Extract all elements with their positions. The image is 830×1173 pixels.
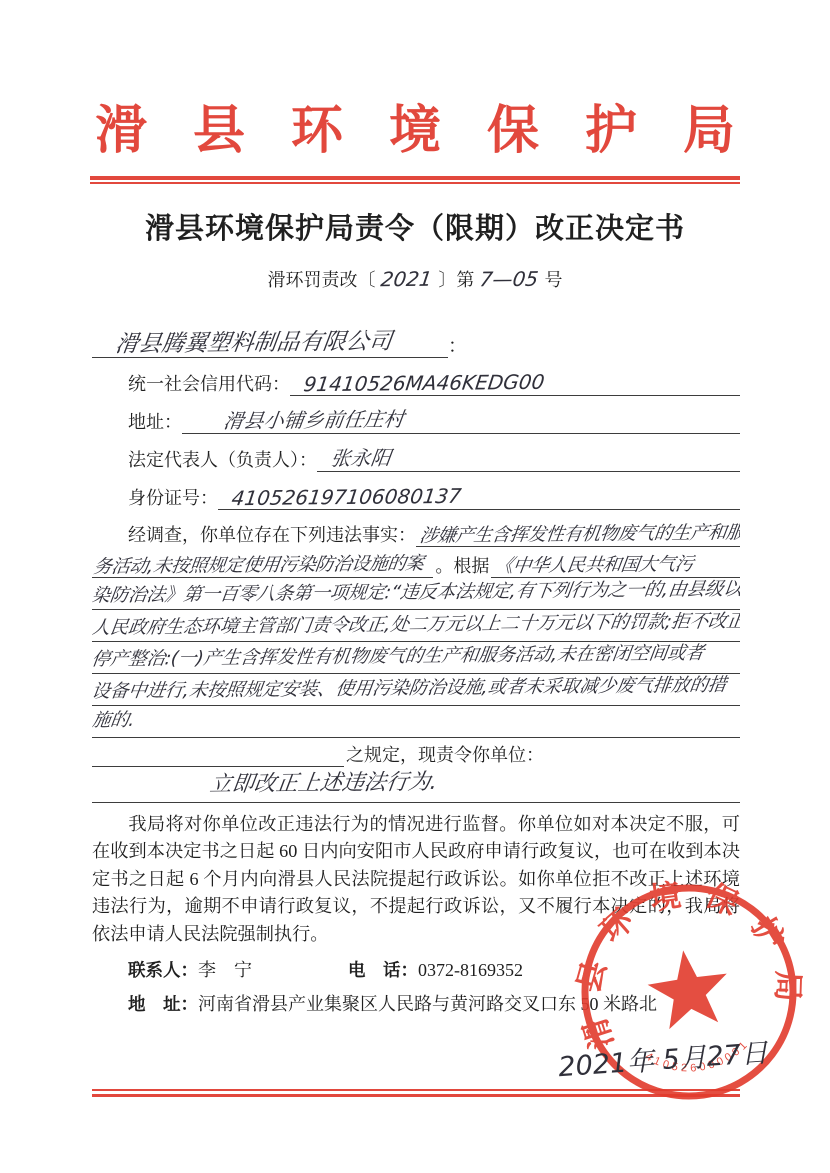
field-label: 统一社会信用代码： xyxy=(92,370,290,396)
contact-phone-label: 电 话： xyxy=(348,957,418,982)
legal-rep-handwritten: 张永阳 xyxy=(329,442,393,472)
facts-handwritten-line: 人民政府生态环境主管部门责令改正,处二万元以上二十万元以下的罚款;拒不改正的,责… xyxy=(92,610,740,642)
seal-star-icon xyxy=(644,945,734,1031)
facts-handwritten-7: 设备中进行,未按照规定安装、使用污染防治设施,或者未采取减少废气排放的措 xyxy=(92,674,728,706)
facts-fill-underline: 涉嫌产生含挥发性有机物废气的生产和服 xyxy=(416,520,740,547)
credit-code-handwritten: 91410526MA46KEDG00 xyxy=(302,370,546,397)
order-content-line: 立即改正上述违法行为. xyxy=(92,767,740,803)
contact-person-value: 李 宁 xyxy=(198,956,252,982)
doc-number: 滑环罚责改〔2021〕第7—05号 xyxy=(0,266,830,292)
facts-handwritten-line: 设备中进行,未按照规定安装、使用污染防治设施,或者未采取减少废气排放的措 xyxy=(92,674,740,706)
facts-handwritten-1: 涉嫌产生含挥发性有机物废气的生产和服 xyxy=(418,520,740,547)
contact-person-label: 联系人： xyxy=(128,957,198,982)
doc-number-suffix: 号 xyxy=(545,270,563,290)
letterhead-org-name: 滑县环境保护局 xyxy=(0,88,830,163)
id-number-handwritten: 410526197106080137 xyxy=(230,484,462,510)
doc-number-year-handwritten: 2021 xyxy=(380,267,434,292)
facts-handwritten-4: 染防治法》第一百零八条第一项规定:“违反本法规定,有下列行为之一的,由县级以上 xyxy=(92,578,740,610)
order-intro-text: 之规定，现责令你单位： xyxy=(344,741,546,767)
facts-handwritten-2: 务活动,未按照规定使用污染防治设施的案 xyxy=(92,549,425,578)
field-underline: 91410526MA46KEDG00 xyxy=(290,371,740,396)
field-label: 身份证号： xyxy=(92,484,218,510)
doc-title: 滑县环境保护局责令（限期）改正决定书 xyxy=(0,206,830,247)
doc-number-mid: 〕第 xyxy=(438,270,474,290)
facts-fill-underline: 《中华人民共和国大气污 xyxy=(491,551,740,578)
field-row-id-number: 身份证号： 410526197106080137 xyxy=(92,472,740,510)
facts-fill-underline: 务活动,未按照规定使用污染防治设施的案 xyxy=(92,551,433,578)
letterhead-divider xyxy=(90,176,740,184)
addressee-underline: 滑县腾翼塑料制品有限公司 xyxy=(92,324,448,358)
facts-section: 经调查，你单位存在下列违法事实： 涉嫌产生含挥发性有机物废气的生产和服 务活动,… xyxy=(92,516,740,803)
facts-line-2: 务活动,未按照规定使用污染防治设施的案 。根据 《中华人民共和国大气污 xyxy=(92,547,740,578)
field-row-address: 地址： 滑县小铺乡前任庄村 xyxy=(92,396,740,434)
facts-handwritten-line: 施的. xyxy=(92,706,740,738)
facts-handwritten-8: 施的. xyxy=(92,706,136,736)
facts-handwritten-5: 人民政府生态环境主管部门责令改正,处二万元以上二十万元以下的罚款;拒不改正的,责… xyxy=(92,610,740,642)
field-underline: 410526197106080137 xyxy=(218,485,740,510)
facts-handwritten-3: 《中华人民共和国大气污 xyxy=(494,551,696,578)
document-page: 滑县环境保护局 滑县环境保护局责令（限期）改正决定书 滑环罚责改〔2021〕第7… xyxy=(0,0,830,1173)
address-handwritten: 滑县小铺乡前任庄村 xyxy=(222,403,406,434)
field-row-credit-code: 统一社会信用代码： 91410526MA46KEDG00 xyxy=(92,358,740,396)
addressee-colon: ： xyxy=(448,331,467,358)
doc-number-serial-handwritten: 7—05 xyxy=(479,267,540,292)
facts-handwritten-line: 停产整治:(一)产生含挥发性有机物废气的生产和服务活动,未在密闭空间或者 xyxy=(92,642,740,674)
addressee-row: 滑县腾翼塑料制品有限公司 ： xyxy=(92,324,740,358)
official-seal-stamp: 滑县环境保护局 410526000001 xyxy=(559,862,819,1122)
facts-handwritten-6: 停产整治:(一)产生含挥发性有机物废气的生产和服务活动,未在密闭空间或者 xyxy=(92,642,706,674)
contact-phone-value: 0372-8169352 xyxy=(418,960,523,981)
facts-line-1: 经调查，你单位存在下列违法事实： 涉嫌产生含挥发性有机物废气的生产和服 xyxy=(92,516,740,547)
field-row-legal-rep: 法定代表人（负责人）： 张永阳 xyxy=(92,434,740,472)
field-label: 地址： xyxy=(92,408,182,434)
order-intro-line: 之规定，现责令你单位： xyxy=(92,738,740,767)
addressee-name-handwritten: 滑县腾翼塑料制品有限公司 xyxy=(114,323,395,359)
order-handwritten: 立即改正上述违法行为. xyxy=(208,766,440,802)
facts-mid-text: 。根据 xyxy=(433,552,491,578)
field-underline: 张永阳 xyxy=(317,442,740,472)
doc-number-prefix: 滑环罚责改〔 xyxy=(267,270,375,290)
field-label: 法定代表人（负责人）： xyxy=(92,446,317,472)
contact-address-label: 地 址： xyxy=(128,991,198,1016)
facts-lead-text: 经调查，你单位存在下列违法事实： xyxy=(92,521,416,547)
facts-handwritten-line: 染防治法》第一百零八条第一项规定:“违反本法规定,有下列行为之一的,由县级以上 xyxy=(92,578,740,610)
field-underline: 滑县小铺乡前任庄村 xyxy=(182,404,740,434)
